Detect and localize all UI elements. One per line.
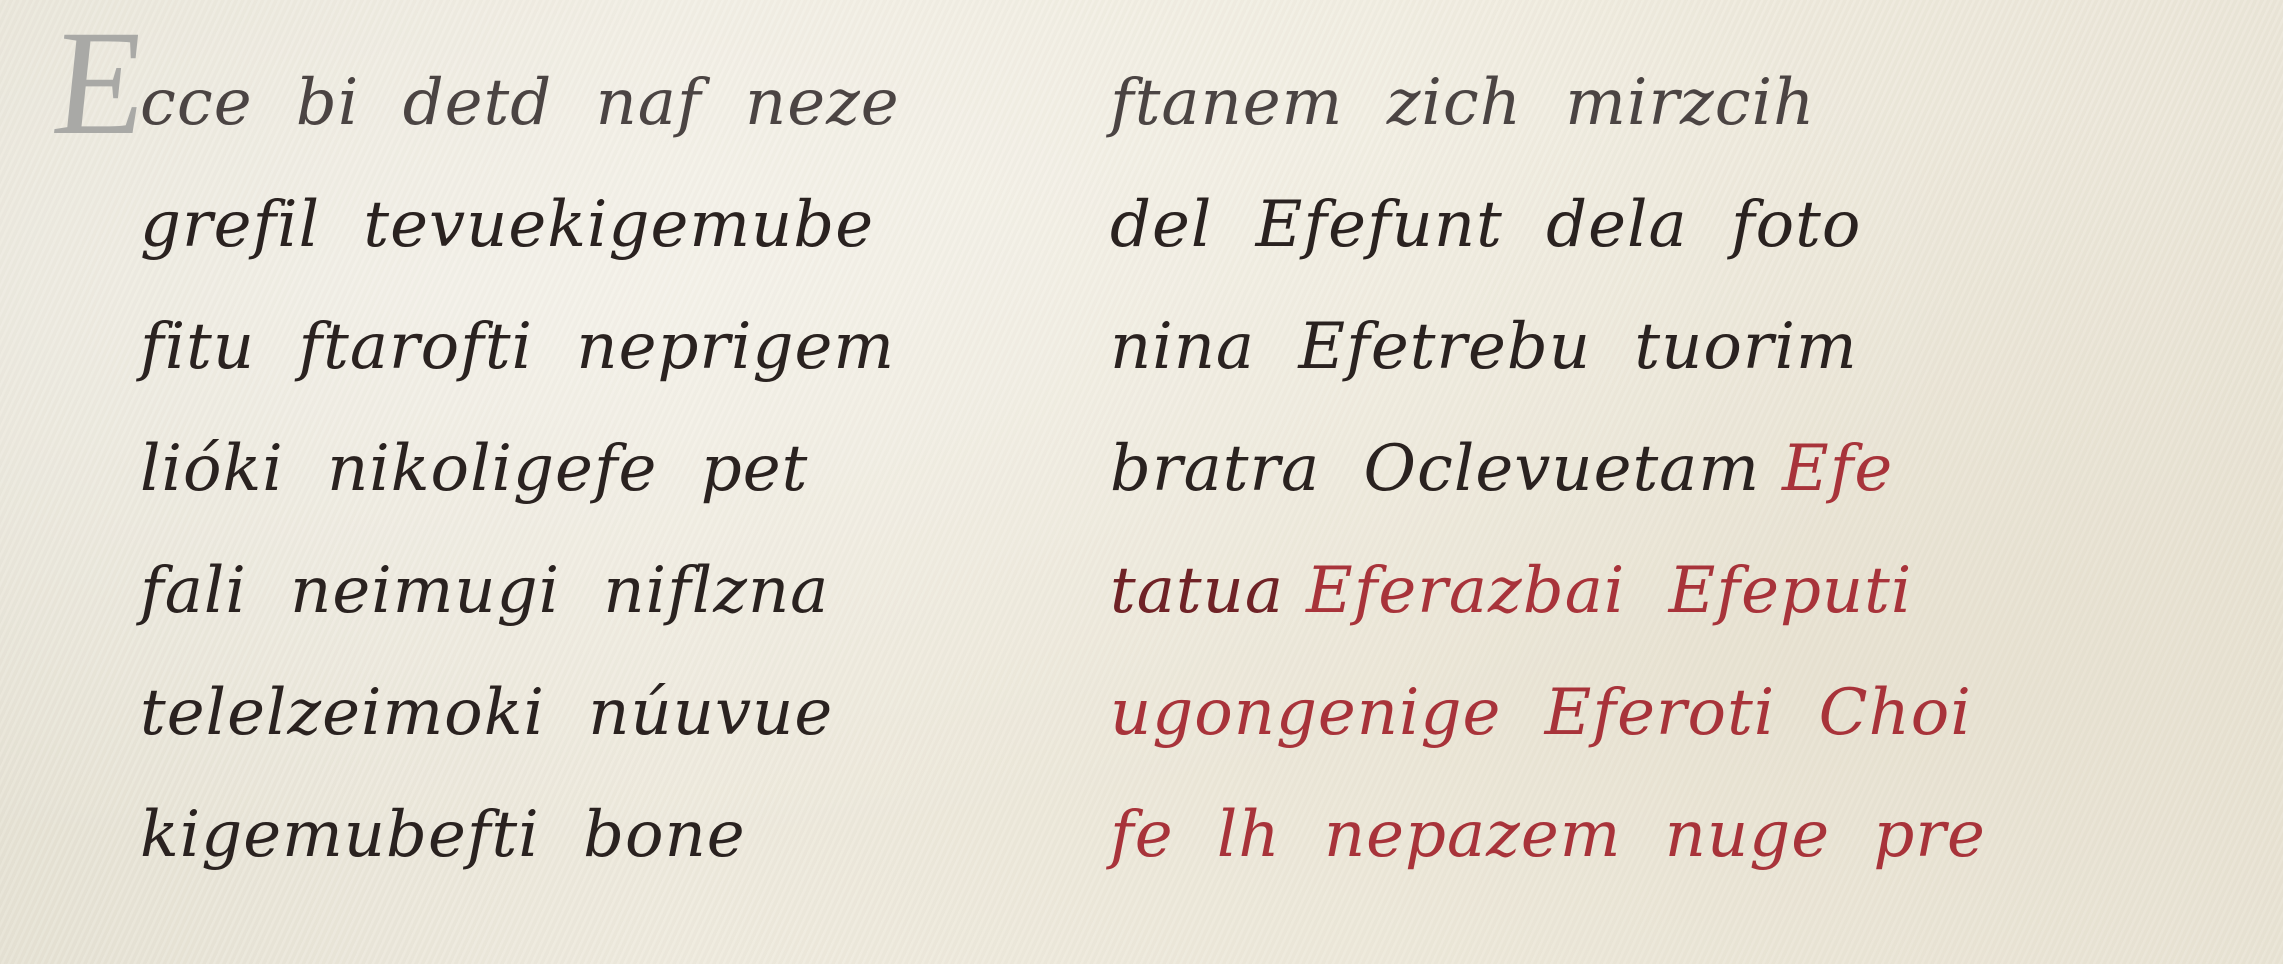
text-segment: ftanem zich mirzcih	[1110, 66, 1815, 140]
manuscript-line: ftanem zich mirzcih	[1110, 42, 2283, 164]
text-segment: kigemubefti bone	[140, 798, 746, 872]
rubric-segment: Eferazbai Efeputi	[1306, 554, 1912, 628]
rubric-segment: fe lh nepazem nuge pre	[1110, 798, 1986, 872]
manuscript-line: fitu ftarofti neprigem	[140, 286, 1020, 408]
manuscript-line: nina Efetrebu tuorim	[1110, 286, 2283, 408]
text-segment: cce bi detd naf neze	[140, 66, 900, 140]
manuscript-line: grefil tevuekigemube	[140, 164, 1020, 286]
right-column: ftanem zich mirzcih del Efefunt dela fot…	[1110, 42, 2283, 896]
manuscript-line: telelzeimoki núuvue	[140, 652, 1020, 774]
left-column: cce bi detd naf neze grefil tevuekigemub…	[140, 42, 1020, 896]
manuscript-page: E cce bi detd naf neze grefil tevuekigem…	[0, 0, 2283, 964]
text-segment: telelzeimoki núuvue	[140, 676, 833, 750]
text-segment: bratra Oclevuetam	[1110, 432, 1760, 506]
manuscript-line: del Efefunt dela foto	[1110, 164, 2283, 286]
manuscript-line: bratra OclevuetamEfe	[1110, 408, 2283, 530]
text-segment: lióki nikoligefe pet	[140, 432, 808, 506]
manuscript-line: fali neimugi niflzna	[140, 530, 1020, 652]
manuscript-line: cce bi detd naf neze	[140, 42, 1020, 164]
manuscript-line: ugongenige Eferoti Choi	[1110, 652, 2283, 774]
rubric-segment: Efe	[1782, 432, 1893, 506]
manuscript-line: tatuaEferazbai Efeputi	[1110, 530, 2283, 652]
text-segment: tatua	[1110, 554, 1284, 628]
manuscript-line: kigemubefti bone	[140, 774, 1020, 896]
text-segment: grefil tevuekigemube	[140, 188, 874, 262]
text-segment: fali neimugi niflzna	[140, 554, 829, 628]
manuscript-line: lióki nikoligefe pet	[140, 408, 1020, 530]
text-segment: nina Efetrebu tuorim	[1110, 310, 1858, 384]
decorated-initial: E	[47, 8, 154, 158]
manuscript-line: fe lh nepazem nuge pre	[1110, 774, 2283, 896]
text-segment: del Efefunt dela foto	[1110, 188, 1861, 262]
rubric-segment: ugongenige Eferoti Choi	[1110, 676, 1972, 750]
text-segment: fitu ftarofti neprigem	[140, 310, 895, 384]
